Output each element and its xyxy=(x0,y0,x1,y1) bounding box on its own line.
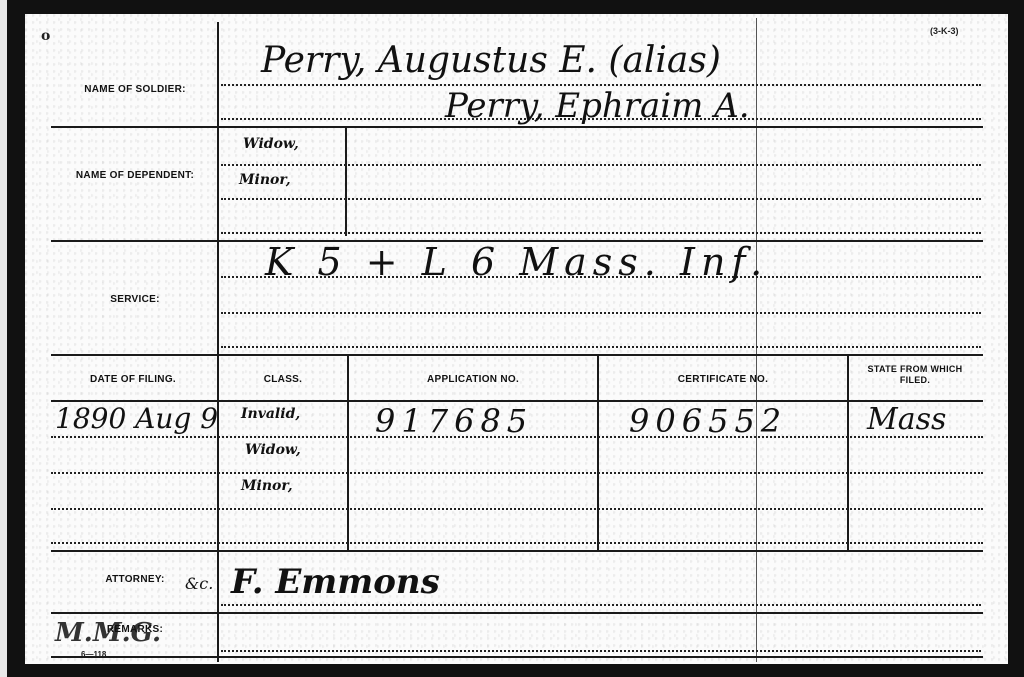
widow-row-line xyxy=(51,472,983,474)
dependent-label: NAME OF DEPENDENT: xyxy=(65,170,205,182)
attorney-annotation: &c. xyxy=(185,574,213,593)
form-code: (3-K-3) xyxy=(930,26,959,36)
remarks-annotation: M.M.G. xyxy=(55,618,161,648)
dependent-dotted-line-2 xyxy=(221,198,981,200)
certificate-no-header: CERTIFICATE NO. xyxy=(599,374,847,386)
dependent-widow-label: Widow, xyxy=(243,136,299,152)
dependent-dotted-line-1 xyxy=(221,164,981,166)
minor-row-line xyxy=(51,508,983,510)
invalid-state-value: Mass xyxy=(867,402,946,437)
remarks-section-rule xyxy=(51,656,983,658)
service-label: SERVICE: xyxy=(65,294,205,306)
table-bottom-dotted xyxy=(51,542,983,544)
soldier-name-line1: Perry, Augustus E. (alias) xyxy=(261,40,721,81)
cert-state-divider xyxy=(847,356,849,550)
attorney-dotted-line xyxy=(221,604,981,606)
date-of-filing-header: DATE OF FILING. xyxy=(51,374,215,386)
soldier-label: NAME OF SOLDIER: xyxy=(65,84,205,96)
dependent-divider xyxy=(345,128,347,236)
dependent-minor-label: Minor, xyxy=(239,172,291,188)
class-widow-label: Widow, xyxy=(245,442,301,458)
service-value: K 5 + L 6 Mass. Inf. xyxy=(265,240,768,284)
fold-line xyxy=(756,18,757,662)
corner-mark: o xyxy=(41,28,50,44)
attorney-value: F. Emmons xyxy=(231,562,440,602)
attorney-label: ATTORNEY: xyxy=(65,574,205,586)
service-dotted-line-3 xyxy=(221,346,981,348)
soldier-name-line2: Perry, Ephraim A. xyxy=(445,86,750,126)
card-paper: o (3-K-3) NAME OF SOLDIER: Perry, August… xyxy=(25,14,1008,664)
service-dotted-line-2 xyxy=(221,312,981,314)
print-code: 6—118 xyxy=(81,650,106,659)
class-header: CLASS. xyxy=(219,374,347,386)
class-invalid-label: Invalid, xyxy=(241,406,300,422)
class-minor-label: Minor, xyxy=(241,478,293,494)
application-no-header: APPLICATION NO. xyxy=(349,374,597,386)
invalid-certificate-no: 906552 xyxy=(629,402,787,440)
date-of-filing-value: 1890 Aug 9 xyxy=(55,402,218,435)
label-column-divider xyxy=(217,22,219,662)
invalid-application-no: 917685 xyxy=(375,402,533,440)
pension-index-card: o (3-K-3) NAME OF SOLDIER: Perry, August… xyxy=(7,0,1024,677)
attorney-section-rule xyxy=(51,612,983,614)
remarks-dotted-line xyxy=(221,650,981,652)
state-header: STATE FROM WHICH FILED. xyxy=(855,364,975,386)
dependent-dotted-line-3 xyxy=(221,232,981,234)
service-section-rule xyxy=(51,354,983,356)
soldier-section-rule xyxy=(51,126,983,128)
table-bottom-rule xyxy=(51,550,983,552)
